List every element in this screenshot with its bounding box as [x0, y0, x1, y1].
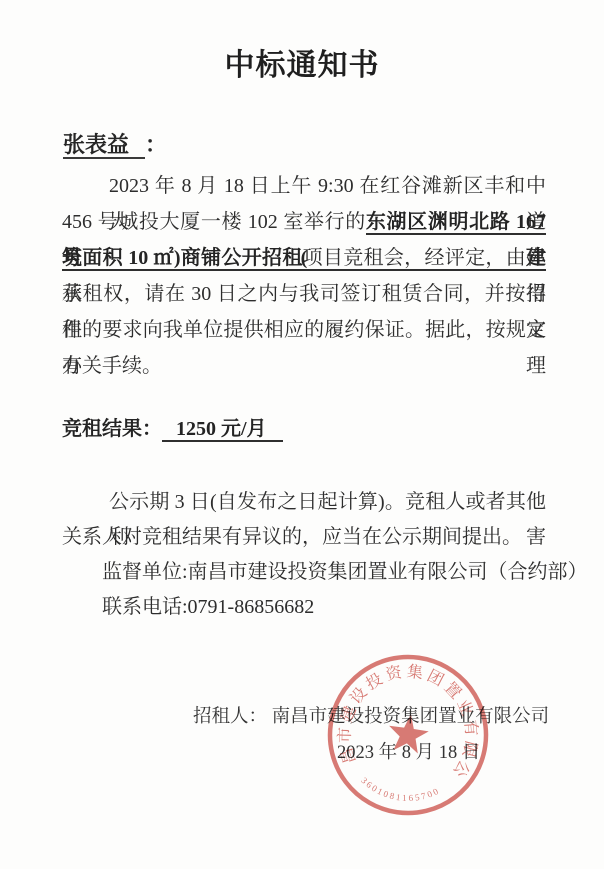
recipient-line: 张表益： [63, 129, 167, 161]
text-line: 联系电话:0791-86856682 [62, 590, 546, 625]
emphasized-text: 筑面积 10 ㎡)商铺公开招租 [62, 247, 303, 271]
company-seal: 南昌市建设投资集团置业有限公司 3601081165700 [311, 638, 505, 832]
para2: 公示期 3 日(自发布之日起计算)。竞租人或者其他利害关系人对竞租结果有异议的，… [62, 485, 546, 625]
text-line: 关系人对竞租结果有异议的，应当在公示期间提出。 [62, 520, 546, 555]
seal-star-icon [386, 711, 431, 754]
text-line: 监督单位:南昌市建设投资集团置业有限公司（合约部） [62, 555, 546, 590]
text-line: 2023 年 8 月 18 日上午 9:30 在红谷滩新区丰和中大道 [62, 168, 546, 204]
para1: 2023 年 8 月 18 日上午 9:30 在红谷滩新区丰和中大道456 号城… [62, 168, 546, 384]
recipient-name: 张表益 [63, 132, 145, 159]
result-line: 竞租结果：1250 元/月 [62, 412, 283, 446]
body-text: 456 号城投大厦一楼 102 室举行的 [62, 211, 366, 233]
text-line: 筑面积 10 ㎡)商铺公开招租项目竞租会，经评定，由你获得 [62, 240, 546, 276]
text-line: 件的要求向我单位提供相应的履约保证。据此，按规定办理 [62, 312, 546, 348]
body-text: 有关手续。 [62, 355, 162, 377]
recipient-colon: ： [145, 132, 167, 157]
result-value: 1250 元/月 [162, 418, 283, 442]
text-line: 456 号城投大厦一楼 102 室举行的东湖区渊明北路 167 号(建 [62, 204, 546, 240]
text-line: 承租权，请在 30 日之内与我司签订租赁合同，并按招租文 [62, 276, 546, 312]
document-title: 中标通知书 [0, 46, 604, 86]
document-page: 中标通知书 张表益： 2023 年 8 月 18 日上午 9:30 在红谷滩新区… [0, 0, 604, 869]
result-label: 竞租结果： [62, 418, 162, 440]
text-line: 公示期 3 日(自发布之日起计算)。竞租人或者其他利害 [62, 485, 546, 520]
